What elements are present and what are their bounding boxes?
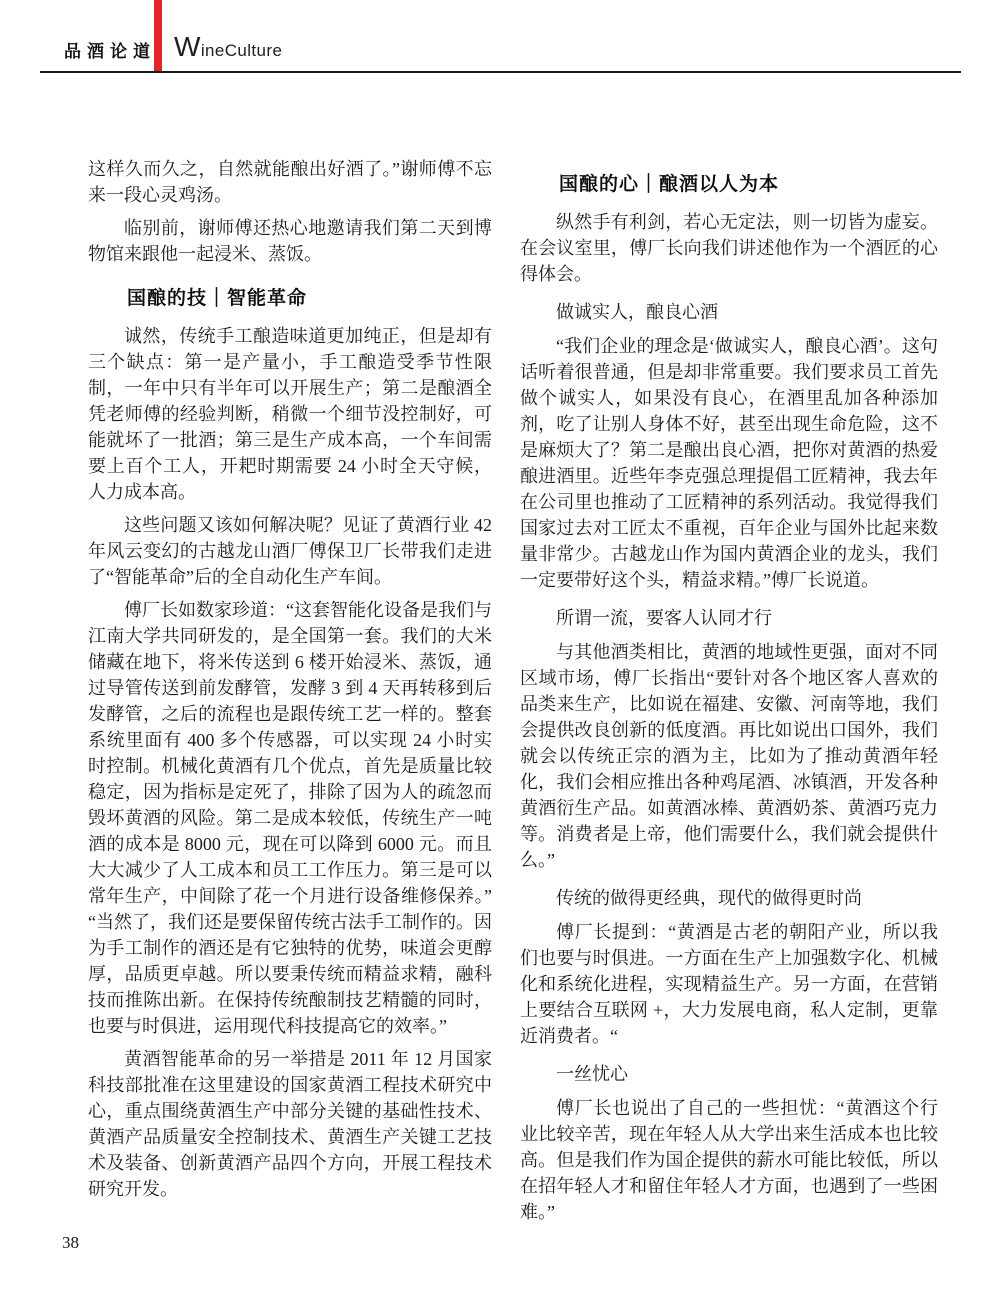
section-heading-tech: 国酿的技｜智能革命	[88, 283, 492, 310]
section-title-cn: 品酒论道	[64, 37, 156, 62]
paragraph-solution: 这些问题又该如何解决呢？见证了黄酒行业 42 年风云变幻的古越龙山酒厂傅保卫厂长…	[88, 512, 492, 590]
paragraph-smart-system: 傅厂长如数家珍道：“这套智能化设备是我们与江南大学共同研发的，是全国第一套。我们…	[88, 597, 492, 1039]
page-footer: 38	[62, 1233, 79, 1253]
page-header: 品酒论道 WineCulture	[40, 0, 961, 73]
paragraph-modern: 傅厂长提到：“黄酒是古老的朝阳产业，所以我们也要与时俱进。一方面在生产上加强数字…	[520, 919, 938, 1049]
article-column-right: 国酿的心｜酿酒以人为本 纵然手有利剑，若心无定法，则一切皆为虚妄。在会议室里，傅…	[520, 156, 938, 1232]
magazine-page: 品酒论道 WineCulture 这样久而久之，自然就能酿出好酒了。”谢师傅不忘…	[0, 0, 1000, 1300]
red-divider-bar	[154, 0, 162, 71]
subheading-honest: 做诚实人，酿良心酒	[520, 298, 938, 324]
paragraph-intro: 纵然手有利剑，若心无定法，则一切皆为虚妄。在会议室里，傅厂长向我们讲述他作为一个…	[520, 209, 938, 287]
page-number: 38	[62, 1233, 79, 1252]
section-title-en: WineCulture	[174, 31, 282, 63]
article-body: 这样久而久之，自然就能酿出好酒了。”谢师傅不忘来一段心灵鸡汤。 临别前，谢师傅还…	[88, 156, 938, 1232]
paragraph-worry: 傅厂长也说出了自己的一些担忧：“黄酒这个行业比较辛苦，现在年轻人从大学出来生活成…	[520, 1095, 938, 1225]
section-title-en-initial: W	[174, 31, 201, 62]
paragraph-regional: 与其他酒类相比，黄酒的地域性更强，面对不同区域市场，傅厂长指出“要针对各个地区客…	[520, 639, 938, 873]
subheading-worry: 一丝忧心	[520, 1060, 938, 1086]
paragraph-honest: “我们企业的理念是‘做诚实人，酿良心酒’。这句话听着很普通，但是却非常重要。我们…	[520, 333, 938, 593]
paragraph-continuation: 这样久而久之，自然就能酿出好酒了。”谢师傅不忘来一段心灵鸡汤。	[88, 156, 492, 208]
section-heading-heart: 国酿的心｜酿酒以人为本	[520, 169, 938, 196]
paragraph-drawbacks: 诚然，传统手工酿造味道更加纯正，但是却有三个缺点：第一是产量小，手工酿造受季节性…	[88, 323, 492, 505]
section-title-en-rest: ineCulture	[201, 41, 283, 60]
subheading-firstclass: 所谓一流，要客人认同才行	[520, 604, 938, 630]
subheading-classic: 传统的做得更经典，现代的做得更时尚	[520, 884, 938, 910]
article-column-left: 这样久而久之，自然就能酿出好酒了。”谢师傅不忘来一段心灵鸡汤。 临别前，谢师傅还…	[88, 156, 492, 1209]
paragraph-research-center: 黄酒智能革命的另一举措是 2011 年 12 月国家科技部批准在这里建设的国家黄…	[88, 1046, 492, 1202]
paragraph-farewell: 临别前，谢师傅还热心地邀请我们第二天到博物馆来跟他一起浸米、蒸饭。	[88, 215, 492, 267]
